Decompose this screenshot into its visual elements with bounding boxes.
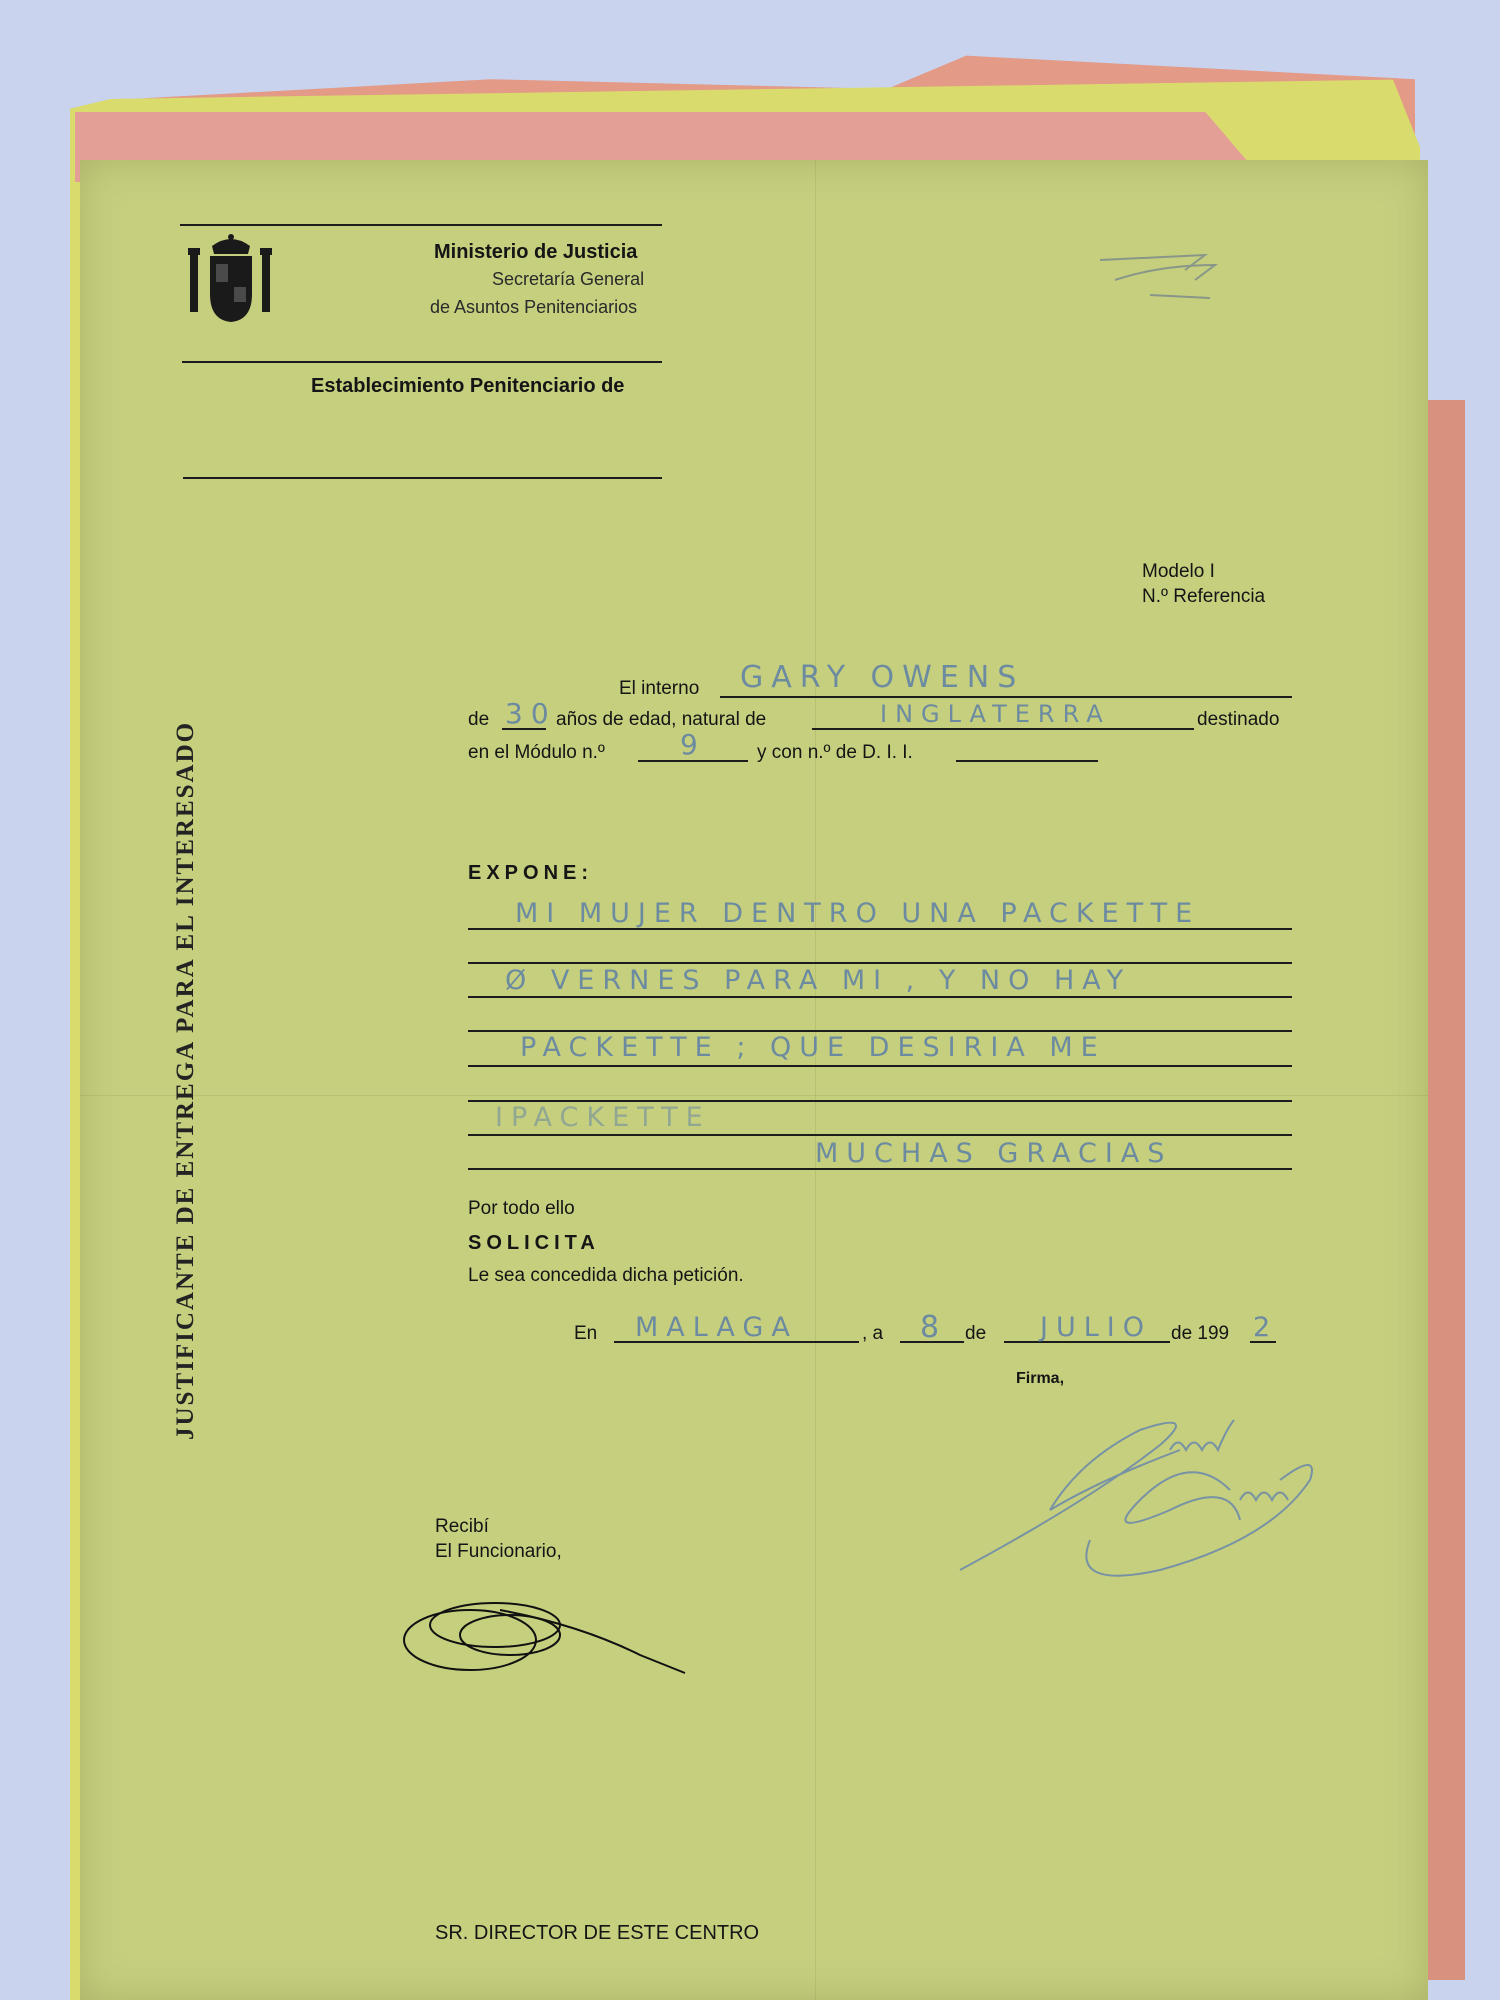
inmate-signature-icon	[940, 1390, 1340, 1590]
expone-line-2[interactable]	[468, 962, 1292, 964]
module-field-value[interactable]: 9	[680, 728, 706, 761]
age-field-value[interactable]: 30	[505, 697, 557, 730]
label-modulo: en el Módulo n.º	[468, 742, 605, 764]
receipt-line-2: El Funcionario,	[435, 1541, 562, 1563]
origin-field-value[interactable]: INGLATERRA	[880, 700, 1111, 728]
label-en: En	[574, 1323, 597, 1345]
name-field-line[interactable]	[720, 696, 1292, 698]
solicita-text: Le sea concedida dicha petición.	[468, 1265, 744, 1287]
fold-line-vertical	[815, 160, 816, 2000]
label-dii: y con n.º de D. I. I.	[757, 742, 913, 764]
origin-field-line[interactable]	[812, 728, 1194, 730]
reference-label: N.º Referencia	[1142, 586, 1265, 608]
side-label-justificante: JUSTIFICANTE DE ENTREGA PARA EL INTERESA…	[172, 721, 200, 1440]
establishment-label: Establecimiento Penitenciario de	[311, 375, 624, 398]
month-field-value[interactable]: JULIO	[1040, 1312, 1152, 1343]
expone-text-8[interactable]: MUCHAS GRACIAS	[815, 1138, 1172, 1169]
label-year: de 199	[1171, 1323, 1229, 1345]
place-field-value[interactable]: MALAGA	[635, 1312, 798, 1343]
spanish-coat-of-arms-icon	[186, 232, 276, 327]
label-age: años de edad, natural de	[556, 709, 766, 731]
secretariat-line-1: Secretaría General	[492, 269, 644, 290]
expone-line-3[interactable]	[468, 996, 1292, 998]
secretariat-line-2: de Asuntos Penitenciarios	[430, 297, 637, 318]
name-field-value[interactable]: GARY OWENS	[740, 660, 1024, 695]
solicita-intro: Por todo ello	[468, 1198, 575, 1220]
dii-field-line[interactable]	[956, 760, 1098, 762]
right-pink-edge	[1425, 400, 1465, 1980]
establishment-field[interactable]	[183, 477, 662, 479]
expone-text-5[interactable]: PACKETTE ; QUE DESIRIA ME	[520, 1032, 1106, 1063]
label-destinado: destinado	[1197, 709, 1279, 731]
fold-line-horizontal	[80, 1095, 1428, 1096]
label-de-month: de	[965, 1323, 986, 1345]
official-signature-icon	[400, 1595, 700, 1690]
expone-text-3[interactable]: Ø VERNES PARA MI , Y NO HAY	[505, 965, 1131, 996]
label-a: , a	[862, 1323, 883, 1345]
label-interno: El interno	[619, 678, 699, 700]
year-field-value[interactable]: 2	[1253, 1312, 1270, 1343]
expone-heading: EXPONE:	[468, 862, 593, 885]
label-de: de	[468, 709, 489, 731]
form-sheet	[80, 160, 1428, 2000]
ministry-name: Ministerio de Justicia	[434, 241, 637, 264]
expone-line-7[interactable]	[468, 1134, 1292, 1136]
model-label: Modelo I	[1142, 561, 1215, 583]
expone-text-1[interactable]: MI MUJER DENTRO UNA PACKETTE	[515, 898, 1200, 929]
addressee-footer: SR. DIRECTOR DE ESTE CENTRO	[435, 1922, 759, 1945]
solicita-heading: SOLICITA	[468, 1232, 600, 1255]
header-mid-rule	[182, 361, 662, 363]
signature-label: Firma,	[1016, 1370, 1064, 1388]
expone-line-5[interactable]	[468, 1065, 1292, 1067]
day-field-value[interactable]: 8	[920, 1310, 947, 1345]
pencil-mark-icon	[1080, 250, 1230, 310]
receipt-line-1: Recibí	[435, 1516, 489, 1538]
header-top-rule	[180, 224, 662, 226]
expone-text-7[interactable]: IPACKETTE	[495, 1102, 711, 1133]
